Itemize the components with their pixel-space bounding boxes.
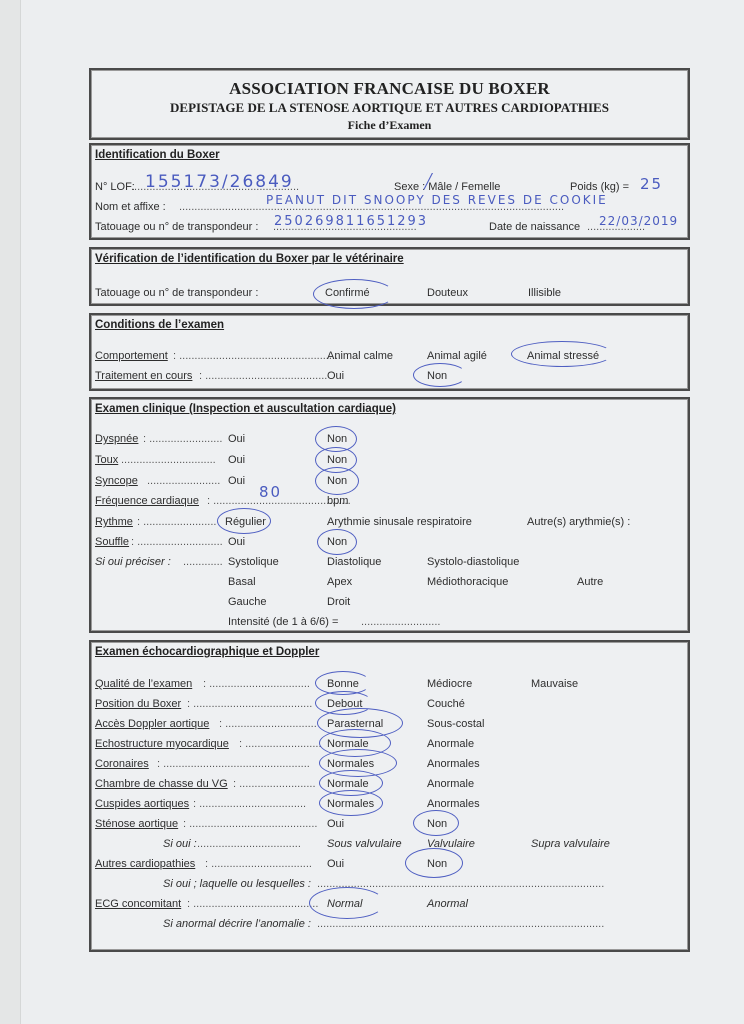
tatouage-value[interactable]: 250269811651293 (274, 214, 428, 229)
scan-edge (0, 0, 21, 1024)
qualite-label: Qualité de l’examen (95, 678, 192, 690)
option-normale[interactable]: Normale (327, 738, 369, 750)
comportement-label: Comportement (95, 350, 168, 362)
verification-label: Tatouage ou n° de transpondeur : (95, 287, 258, 299)
option-arythmie-sinusale[interactable]: Arythmie sinusale respiratoire (327, 516, 472, 528)
option-basal[interactable]: Basal (228, 576, 256, 588)
option-bonne[interactable]: Bonne (327, 678, 359, 690)
option-anormale[interactable]: Anormale (427, 738, 474, 750)
naissance-value[interactable]: 22/03/2019 (599, 214, 678, 228)
option-normale[interactable]: Normale (327, 778, 369, 790)
section-title: Vérification de l’identification du Boxe… (95, 253, 404, 265)
section-conditions: Conditions de l’examen Comportement : ..… (89, 313, 690, 391)
option-anormales[interactable]: Anormales (427, 798, 480, 810)
souffle-label: Souffle (95, 536, 129, 548)
option-oui[interactable]: Oui (327, 858, 344, 870)
ecg-anomalie-field[interactable]: ........................................… (317, 918, 604, 930)
association-title: ASSOCIATION FRANCAISE DU BOXER (91, 79, 688, 99)
section-clinique: Examen clinique (Inspection et auscultat… (89, 397, 690, 633)
option-diastolique[interactable]: Diastolique (327, 556, 381, 568)
option-mediocre[interactable]: Médiocre (427, 678, 472, 690)
option-anormal[interactable]: Anormal (427, 898, 468, 910)
option-droit[interactable]: Droit (327, 596, 350, 608)
option-valvulaire[interactable]: Valvulaire (427, 838, 475, 850)
option-animal-stresse[interactable]: Animal stressé (527, 350, 599, 362)
autres-si-oui-field[interactable]: ........................................… (317, 878, 604, 890)
option-oui[interactable]: Oui (327, 370, 344, 382)
option-autre[interactable]: Autre (577, 576, 603, 588)
nom-value[interactable]: PEANUT DIT SNOOPY DES REVES DE COOKIE (266, 193, 608, 207)
section-title: Conditions de l’examen (95, 319, 224, 331)
section-echo: Examen échocardiographique et Doppler Qu… (89, 640, 690, 952)
section-title: Examen clinique (Inspection et auscultat… (95, 403, 396, 415)
ecg-label: ECG concomitant (95, 898, 181, 910)
option-anormales[interactable]: Anormales (427, 758, 480, 770)
option-non[interactable]: Non (327, 536, 347, 548)
option-normales[interactable]: Normales (327, 758, 374, 770)
frequence-value[interactable]: 80 (259, 483, 282, 501)
dyspnee-label: Dyspnée (95, 433, 138, 445)
option-confirme[interactable]: Confirmé (325, 287, 370, 299)
option-oui[interactable]: Oui (228, 475, 245, 487)
option-normal[interactable]: Normal (327, 898, 362, 910)
option-regulier[interactable]: Régulier (225, 516, 266, 528)
option-non[interactable]: Non (427, 818, 447, 830)
stenose-si-oui-label: Si oui : (163, 838, 197, 850)
nom-label: Nom et affixe : (95, 201, 166, 213)
acces-doppler-label: Accès Doppler aortique (95, 718, 209, 730)
naissance-label: Date de naissance (489, 221, 580, 233)
tatouage-label: Tatouage ou n° de transpondeur : (95, 221, 258, 233)
option-non[interactable]: Non (427, 370, 447, 382)
option-gauche[interactable]: Gauche (228, 596, 267, 608)
position-label: Position du Boxer (95, 698, 181, 710)
autres-si-oui-label: Si oui ; laquelle ou lesquelles : (163, 878, 311, 890)
sexe-check-mark-icon: ╱ (424, 173, 432, 190)
option-supra-valvulaire[interactable]: Supra valvulaire (531, 838, 610, 850)
syncope-label: Syncope (95, 475, 138, 487)
lof-label: N° LOF: (95, 181, 135, 193)
section-title: Examen échocardiographique et Doppler (95, 646, 319, 658)
lof-value[interactable]: 155173/26849 (145, 172, 294, 192)
option-animal-calme[interactable]: Animal calme (327, 350, 393, 362)
option-oui[interactable]: Oui (228, 433, 245, 445)
bpm-unit: bpm (327, 495, 348, 507)
option-non[interactable]: Non (327, 475, 347, 487)
section-verification: Vérification de l’identification du Boxe… (89, 247, 690, 306)
option-non[interactable]: Non (327, 433, 347, 445)
autres-cardiopathies-label: Autres cardiopathies (95, 858, 195, 870)
option-sous-valvulaire[interactable]: Sous valvulaire (327, 838, 402, 850)
option-parasternal[interactable]: Parasternal (327, 718, 383, 730)
traitement-label: Traitement en cours (95, 370, 192, 382)
option-sous-costal[interactable]: Sous-costal (427, 718, 484, 730)
option-mauvaise[interactable]: Mauvaise (531, 678, 578, 690)
sexe-label: Sexe : Mâle / Femelle (394, 181, 500, 193)
form-subtitle: DEPISTAGE DE LA STENOSE AORTIQUE ET AUTR… (91, 100, 688, 116)
form-name: Fiche d’Examen (91, 118, 688, 133)
option-oui[interactable]: Oui (228, 536, 245, 548)
option-apex[interactable]: Apex (327, 576, 352, 588)
option-illisible[interactable]: Illisible (528, 287, 561, 299)
coronaires-label: Coronaires (95, 758, 149, 770)
frequence-label: Fréquence cardiaque (95, 495, 199, 507)
section-title: Identification du Boxer (95, 149, 220, 161)
chambre-chasse-label: Chambre de chasse du VG (95, 778, 228, 790)
ecg-si-anormal-label: Si anormal décrire l’anomalie : (163, 918, 311, 930)
option-systolique[interactable]: Systolique (228, 556, 279, 568)
option-non[interactable]: Non (327, 454, 347, 466)
section-identification: Identification du Boxer N° LOF: ........… (89, 143, 690, 240)
poids-value[interactable]: 25 (640, 175, 663, 193)
option-animal-agile[interactable]: Animal agilé (427, 350, 487, 362)
form-header: ASSOCIATION FRANCAISE DU BOXER DEPISTAGE… (89, 68, 690, 140)
option-couche[interactable]: Couché (427, 698, 465, 710)
stenose-label: Sténose aortique (95, 818, 178, 830)
option-mediothoracique[interactable]: Médiothoracique (427, 576, 508, 588)
echostructure-label: Echostructure myocardique (95, 738, 229, 750)
toux-label: Toux (95, 454, 118, 466)
intensite-label: Intensité (de 1 à 6/6) = (228, 616, 338, 628)
option-oui[interactable]: Oui (228, 454, 245, 466)
option-autre-arythmie[interactable]: Autre(s) arythmie(s) : (527, 516, 630, 528)
option-anormale[interactable]: Anormale (427, 778, 474, 790)
rythme-label: Rythme (95, 516, 133, 528)
option-systolo-diastolique[interactable]: Systolo-diastolique (427, 556, 519, 568)
option-non[interactable]: Non (427, 858, 447, 870)
intensite-field[interactable]: .......................... (361, 616, 440, 628)
option-normales[interactable]: Normales (327, 798, 374, 810)
option-douteux[interactable]: Douteux (427, 287, 468, 299)
option-oui[interactable]: Oui (327, 818, 344, 830)
option-debout[interactable]: Debout (327, 698, 362, 710)
poids-label: Poids (kg) = (570, 181, 629, 193)
si-oui-label: Si oui préciser : (95, 556, 171, 568)
cuspides-label: Cuspides aortiques (95, 798, 189, 810)
